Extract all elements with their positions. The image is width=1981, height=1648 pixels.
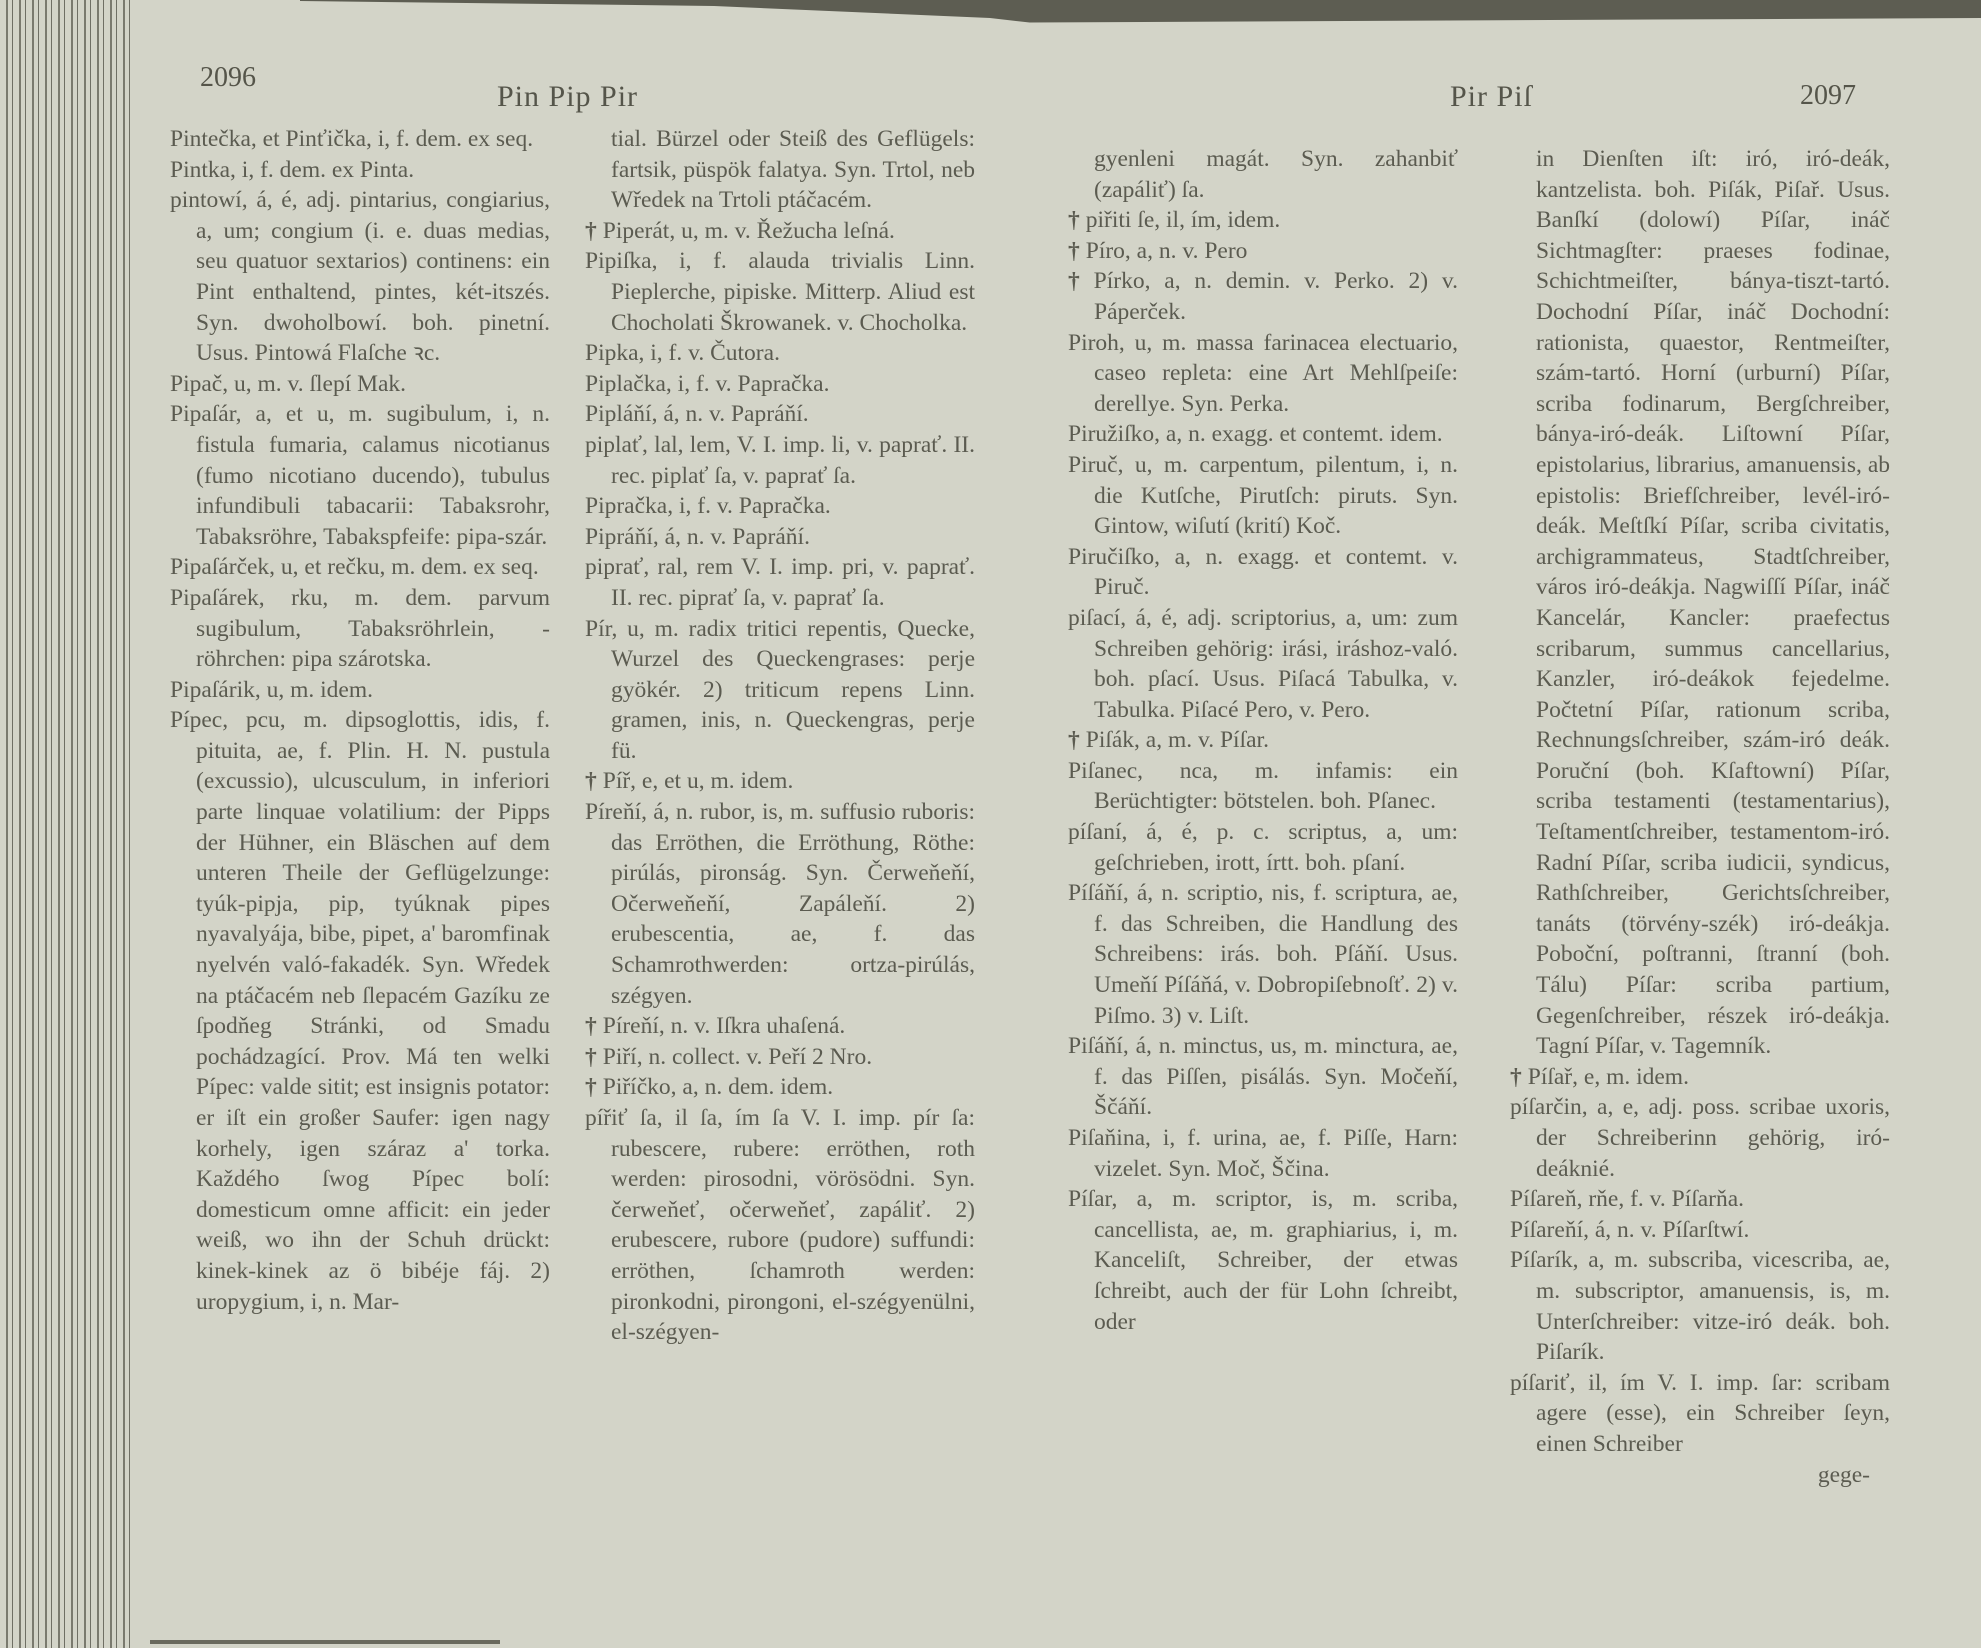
dictionary-entry: †piřiti ſe, il, ím, idem.: [1068, 205, 1458, 236]
dictionary-entry-continuation: tial. Bürzel oder Steiß des Geflügels: f…: [585, 124, 975, 216]
dictionary-entry: †Píſař, e, m. idem.: [1510, 1062, 1890, 1093]
dictionary-entry: †Píro, a, n. v. Pero: [1068, 236, 1458, 267]
dictionary-entry: Piručiſko, a, n. exagg. et contemt. v. P…: [1068, 542, 1458, 603]
dictionary-entry: †Pírko, a, n. demin. v. Perko. 2) v. Páp…: [1068, 266, 1458, 327]
dagger-obsolete-icon: †: [585, 1013, 597, 1039]
dictionary-entry: Piſáňí, á, n. minctus, us, m. minctura, …: [1068, 1031, 1458, 1123]
dictionary-entry: Piſanec, nca, m. infamis: ein Berüchtigt…: [1068, 756, 1458, 817]
right-page-column-1: gyenleni magát. Syn. zahanbiť (zapáliť) …: [1068, 144, 1458, 1337]
dagger-obsolete-icon: †: [1068, 268, 1088, 294]
dictionary-entry: †Piří, n. collect. v. Peří 2 Nro.: [585, 1042, 975, 1073]
dictionary-entry: piprať, ral, rem V. I. imp. pri, v. papr…: [585, 552, 975, 613]
page-number-right: 2097: [1800, 80, 1856, 112]
dictionary-entry: Pipiſka, i, f. alauda trivialis Linn. Pi…: [585, 246, 975, 338]
running-head-left: Pin Pip Pir: [497, 80, 638, 114]
left-page-column-1: Pintečka, et Pinťička, i, f. dem. ex seq…: [170, 124, 550, 1317]
dagger-obsolete-icon: †: [1068, 238, 1080, 264]
dictionary-entry-continuation: in Dienſten iſt: iró, iró-deák, kantzeli…: [1510, 144, 1890, 1062]
dagger-obsolete-icon: †: [1068, 727, 1080, 753]
dictionary-entry: Piroh, u, m. massa farinacea electuario,…: [1068, 328, 1458, 420]
left-page-column-2: tial. Bürzel oder Steiß des Geflügels: f…: [585, 124, 975, 1348]
dictionary-entry: Piružiſko, a, n. exagg. et contemt. idem…: [1068, 419, 1458, 450]
dictionary-entry: Piruč, u, m. carpentum, pilentum, i, n. …: [1068, 450, 1458, 542]
dictionary-entry: †Píř, e, et u, m. idem.: [585, 766, 975, 797]
page-top-shadow-left: [300, 0, 990, 20]
book-binding-edge: [0, 0, 130, 1648]
dictionary-entry: Piplačka, i, f. v. Papračka.: [585, 369, 975, 400]
dictionary-entry: piplať, lal, lem, V. I. imp. li, v. papr…: [585, 430, 975, 491]
dictionary-entry: Pipaſárik, u, m. idem.: [170, 675, 550, 706]
dictionary-entry: Pipaſárček, u, et rečku, m. dem. ex seq.: [170, 552, 550, 583]
dictionary-entry: Pipka, i, f. v. Čutora.: [585, 338, 975, 369]
dictionary-entry: Piſaňina, i, f. urina, ae, f. Piſſe, Har…: [1068, 1123, 1458, 1184]
dagger-obsolete-icon: †: [1068, 207, 1080, 233]
right-page-column-2: in Dienſten iſt: iró, iró-deák, kantzeli…: [1510, 144, 1890, 1490]
dictionary-entry: Píſareň, rňe, f. v. Píſarňa.: [1510, 1184, 1890, 1215]
catchword: gege-: [1510, 1460, 1890, 1491]
page-top-shadow-right: [990, 0, 1981, 30]
dictionary-entry: Píreňí, á, n. rubor, is, m. suffusio rub…: [585, 797, 975, 1011]
dictionary-entry: Pipračka, i, f. v. Papračka.: [585, 491, 975, 522]
dictionary-entry: Pipráňí, á, n. v. Papráňí.: [585, 522, 975, 553]
page-bottom-edge: [150, 1640, 500, 1644]
dictionary-entry: †Piříčko, a, n. dem. idem.: [585, 1072, 975, 1103]
dagger-obsolete-icon: †: [585, 1074, 597, 1100]
dictionary-entry: Pipláňí, á, n. v. Papráňí.: [585, 399, 975, 430]
dictionary-entry: piſací, á, é, adj. scriptorius, a, um: z…: [1068, 603, 1458, 725]
dictionary-entry-continuation: gyenleni magát. Syn. zahanbiť (zapáliť) …: [1068, 144, 1458, 205]
dictionary-entry: Píſareňí, á, n. v. Píſarſtwí.: [1510, 1215, 1890, 1246]
page-number-left: 2096: [200, 62, 256, 94]
dictionary-entry: píſarčin, a, e, adj. poss. scribae uxori…: [1510, 1092, 1890, 1184]
dictionary-entry: Pintečka, et Pinťička, i, f. dem. ex seq…: [170, 124, 550, 155]
dictionary-entry: †Piperát, u, m. v. Řežucha leſná.: [585, 216, 975, 247]
dictionary-entry: pintowí, á, é, adj. pintarius, congiariu…: [170, 185, 550, 369]
dagger-obsolete-icon: †: [585, 768, 597, 794]
dagger-obsolete-icon: †: [585, 218, 597, 244]
dictionary-entry: Pír, u, m. radix tritici repentis, Queck…: [585, 614, 975, 767]
dagger-obsolete-icon: †: [1510, 1064, 1522, 1090]
dictionary-entry: †Piſák, a, m. v. Píſar.: [1068, 725, 1458, 756]
dictionary-entry: Pípec, pcu, m. dipsoglottis, idis, f. pi…: [170, 705, 550, 1317]
dictionary-entry: Píſarík, a, m. subscriba, vicescriba, ae…: [1510, 1245, 1890, 1367]
dictionary-entry: Pipaſár, a, et u, m. sugibulum, i, n. fi…: [170, 399, 550, 552]
dictionary-entry: Pintka, i, f. dem. ex Pinta.: [170, 155, 550, 186]
dictionary-entry: Píſáňí, á, n. scriptio, nis, f. scriptur…: [1068, 878, 1458, 1031]
dictionary-entry: Pipaſárek, rku, m. dem. parvum sugibulum…: [170, 583, 550, 675]
dictionary-entry: Píſar, a, m. scriptor, is, m. scriba, ca…: [1068, 1184, 1458, 1337]
dictionary-entry: Pipač, u, m. v. ſlepí Mak.: [170, 369, 550, 400]
dictionary-entry: píſaní, á, é, p. c. scriptus, a, um: geſ…: [1068, 817, 1458, 878]
dictionary-entry: píſariť, il, ím V. I. imp. ſar: scribam …: [1510, 1368, 1890, 1460]
running-head-right: Pir Piſ: [1450, 80, 1533, 114]
dagger-obsolete-icon: †: [585, 1044, 597, 1070]
dictionary-entry: †Píreňí, n. v. Iſkra uhaſená.: [585, 1011, 975, 1042]
dictionary-entry: pířiť ſa, il ſa, ím ſa V. I. imp. pír ſa…: [585, 1103, 975, 1348]
